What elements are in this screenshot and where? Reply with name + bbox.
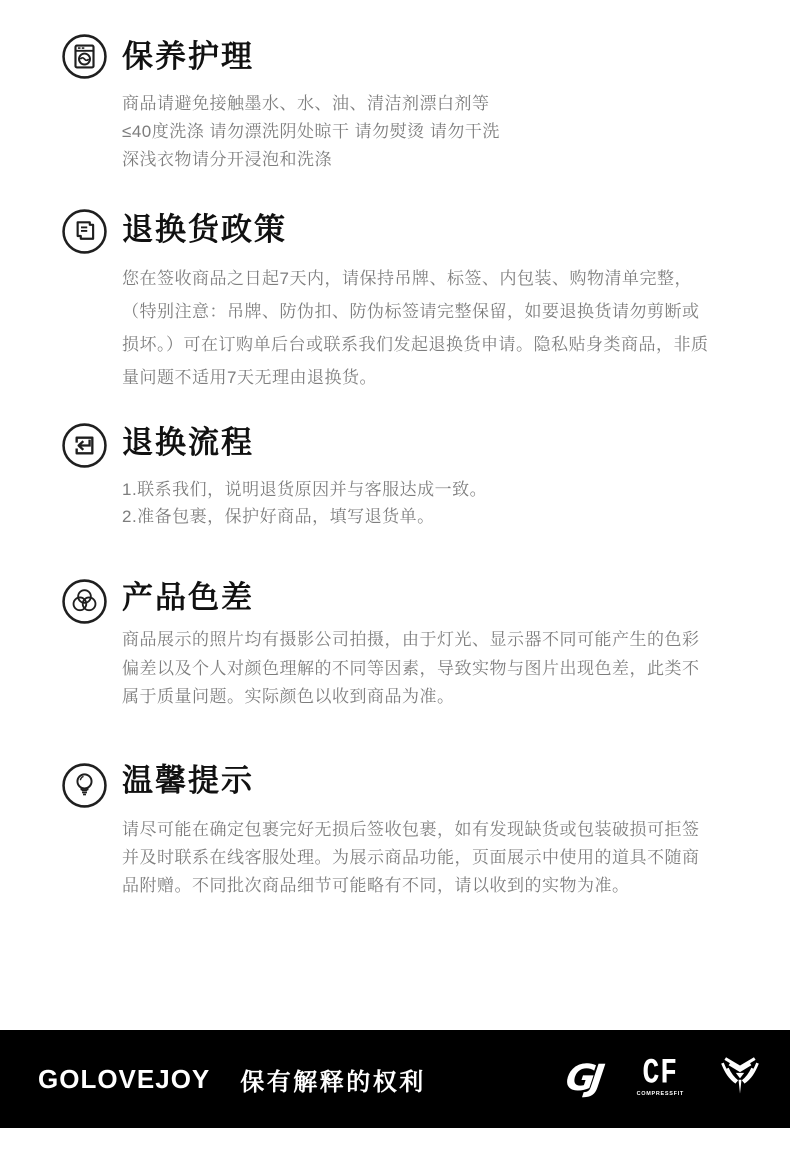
section-title: 温馨提示 — [122, 762, 254, 800]
section-body: 请尽可能在确定包裹完好无损后签收包裹，如有发现缺货或包装破损可拒签并及时联系在线… — [122, 816, 714, 900]
body-line: 1.联系我们，说明退货原因并与客服达成一致。 — [122, 476, 714, 503]
cf-logo-text: CF — [637, 1057, 684, 1092]
footer-logos: GJ CF COMPRESSFIT — [566, 1051, 764, 1108]
cf-compressfit-logo: CF COMPRESSFIT — [637, 1061, 684, 1098]
section-title: 退换流程 — [122, 424, 254, 462]
policy-scroll-icon — [61, 208, 108, 255]
body-paragraph: 您在签收商品之日起7天内，请保持吊牌、标签、内包装、购物清单完整，（特别注意：吊… — [122, 262, 714, 394]
body-line: 深浅衣物请分开浸泡和洗涤 — [122, 146, 714, 174]
body-line: 2.准备包裹，保护好商品，填写退货单。 — [122, 503, 714, 530]
return-arrow-icon — [61, 422, 108, 469]
section-body: 商品请避免接触墨水、水、油、清洁剂漂白剂等 ≤40度洗涤 请勿漂洗阴处晾干 请勿… — [122, 90, 714, 174]
body-line: 商品请避免接触墨水、水、油、清洁剂漂白剂等 — [122, 90, 714, 118]
product-info-page: 保养护理 商品请避免接触墨水、水、油、清洁剂漂白剂等 ≤40度洗涤 请勿漂洗阴处… — [0, 0, 790, 1154]
section-body: 您在签收商品之日起7天内，请保持吊牌、标签、内包装、购物清单完整，（特别注意：吊… — [122, 262, 714, 394]
rights-statement: 保有解释的权利 — [240, 1062, 426, 1097]
washing-machine-icon — [61, 33, 108, 80]
body-paragraph: 请尽可能在确定包裹完好无损后签收包裹，如有发现缺货或包装破损可拒签并及时联系在线… — [122, 816, 714, 900]
trident-emblem-logo — [716, 1051, 764, 1108]
lightbulb-icon — [61, 762, 108, 809]
section-title: 产品色差 — [122, 579, 254, 617]
brand-wordmark: GOLOVEJOY — [38, 1064, 210, 1095]
footer-bar: GOLOVEJOY 保有解释的权利 GJ CF COMPRESSFIT — [0, 1030, 790, 1128]
gj-logo: GJ — [563, 1061, 607, 1097]
section-body: 商品展示的照片均有摄影公司拍摄，由于灯光、显示器不同可能产生的色彩偏差以及个人对… — [122, 626, 714, 712]
section-body: 1.联系我们，说明退货原因并与客服达成一致。 2.准备包裹，保护好商品，填写退货… — [122, 476, 714, 530]
color-circles-icon — [61, 578, 108, 625]
section-title: 退换货政策 — [122, 211, 287, 249]
body-paragraph: 商品展示的照片均有摄影公司拍摄，由于灯光、显示器不同可能产生的色彩偏差以及个人对… — [122, 626, 714, 712]
body-line: ≤40度洗涤 请勿漂洗阴处晾干 请勿熨烫 请勿干洗 — [122, 118, 714, 146]
section-title: 保养护理 — [122, 38, 254, 76]
